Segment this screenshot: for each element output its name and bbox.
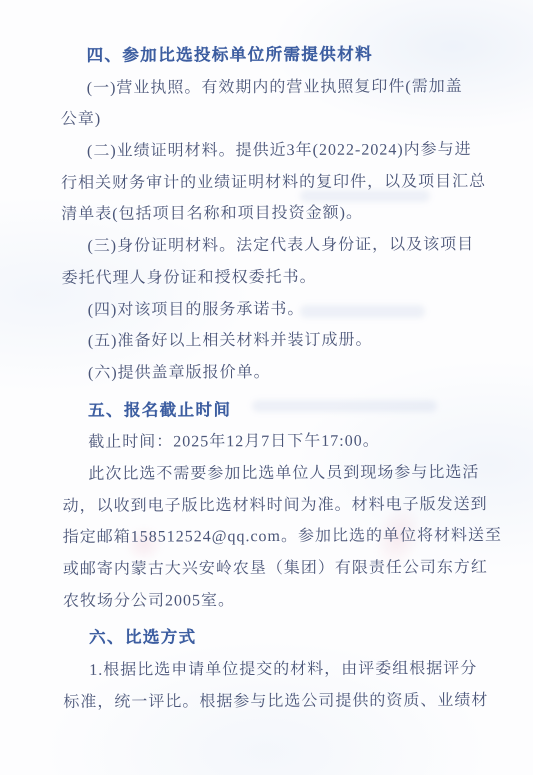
body-text-line: 公章) <box>61 102 497 136</box>
section-heading: 五、报名截止时间 <box>62 394 498 428</box>
body-text-line: 指定邮箱158512524@qq.com。参加比选的单位将材料送至 <box>63 520 499 554</box>
body-text-line: (一)营业执照。有效期内的营业执照复印件(需加盖 <box>61 71 497 105</box>
body-text-line: 1.根据比选申请单位提交的材料，由评委组根据评分 <box>63 653 499 687</box>
body-text-line: (二)业绩证明材料。提供近3年(2022-2024)内参与进 <box>61 134 497 168</box>
body-text-line: (四)对该项目的服务承诺书。 <box>62 293 498 327</box>
document-text-block: 四、参加比选投标单位所需提供材料(一)营业执照。有效期内的营业执照复印件(需加盖… <box>61 39 500 718</box>
body-text-line: 行相关财务审计的业绩证明材料的复印件，以及项目汇总 <box>61 166 497 200</box>
body-text-line: 或邮寄内蒙古大兴安岭农垦（集团）有限责任公司东方红 <box>63 552 499 586</box>
body-text-line: 动，以收到电子版比选材料时间为准。材料电子版发送到 <box>62 489 498 523</box>
scanned-document-page: 四、参加比选投标单位所需提供材料(一)营业执照。有效期内的营业执照复印件(需加盖… <box>0 0 533 775</box>
body-text-line: 截止时间：2025年12月7日下午17:00。 <box>62 425 498 459</box>
body-text-line: 此次比选不需要参加比选单位人员到现场参与比选活 <box>62 457 498 491</box>
body-text-line: 标准，统一评比。根据参与比选公司提供的资质、业绩材 <box>63 685 499 719</box>
body-text-line: 清单表(包括项目名称和项目投资金额)。 <box>61 197 497 231</box>
body-text-line: (六)提供盖章版报价单。 <box>62 356 498 390</box>
body-text-line: 农牧场分公司2005室。 <box>63 584 499 618</box>
body-text-line: (五)准备好以上相关材料并装订成册。 <box>62 324 498 358</box>
body-text-line: (三)身份证明材料。法定代表人身份证，以及该项目 <box>61 229 497 263</box>
section-heading: 四、参加比选投标单位所需提供材料 <box>61 39 497 73</box>
section-heading: 六、比选方式 <box>63 621 499 655</box>
body-text-line: 委托代理人身份证和授权委托书。 <box>61 261 497 295</box>
